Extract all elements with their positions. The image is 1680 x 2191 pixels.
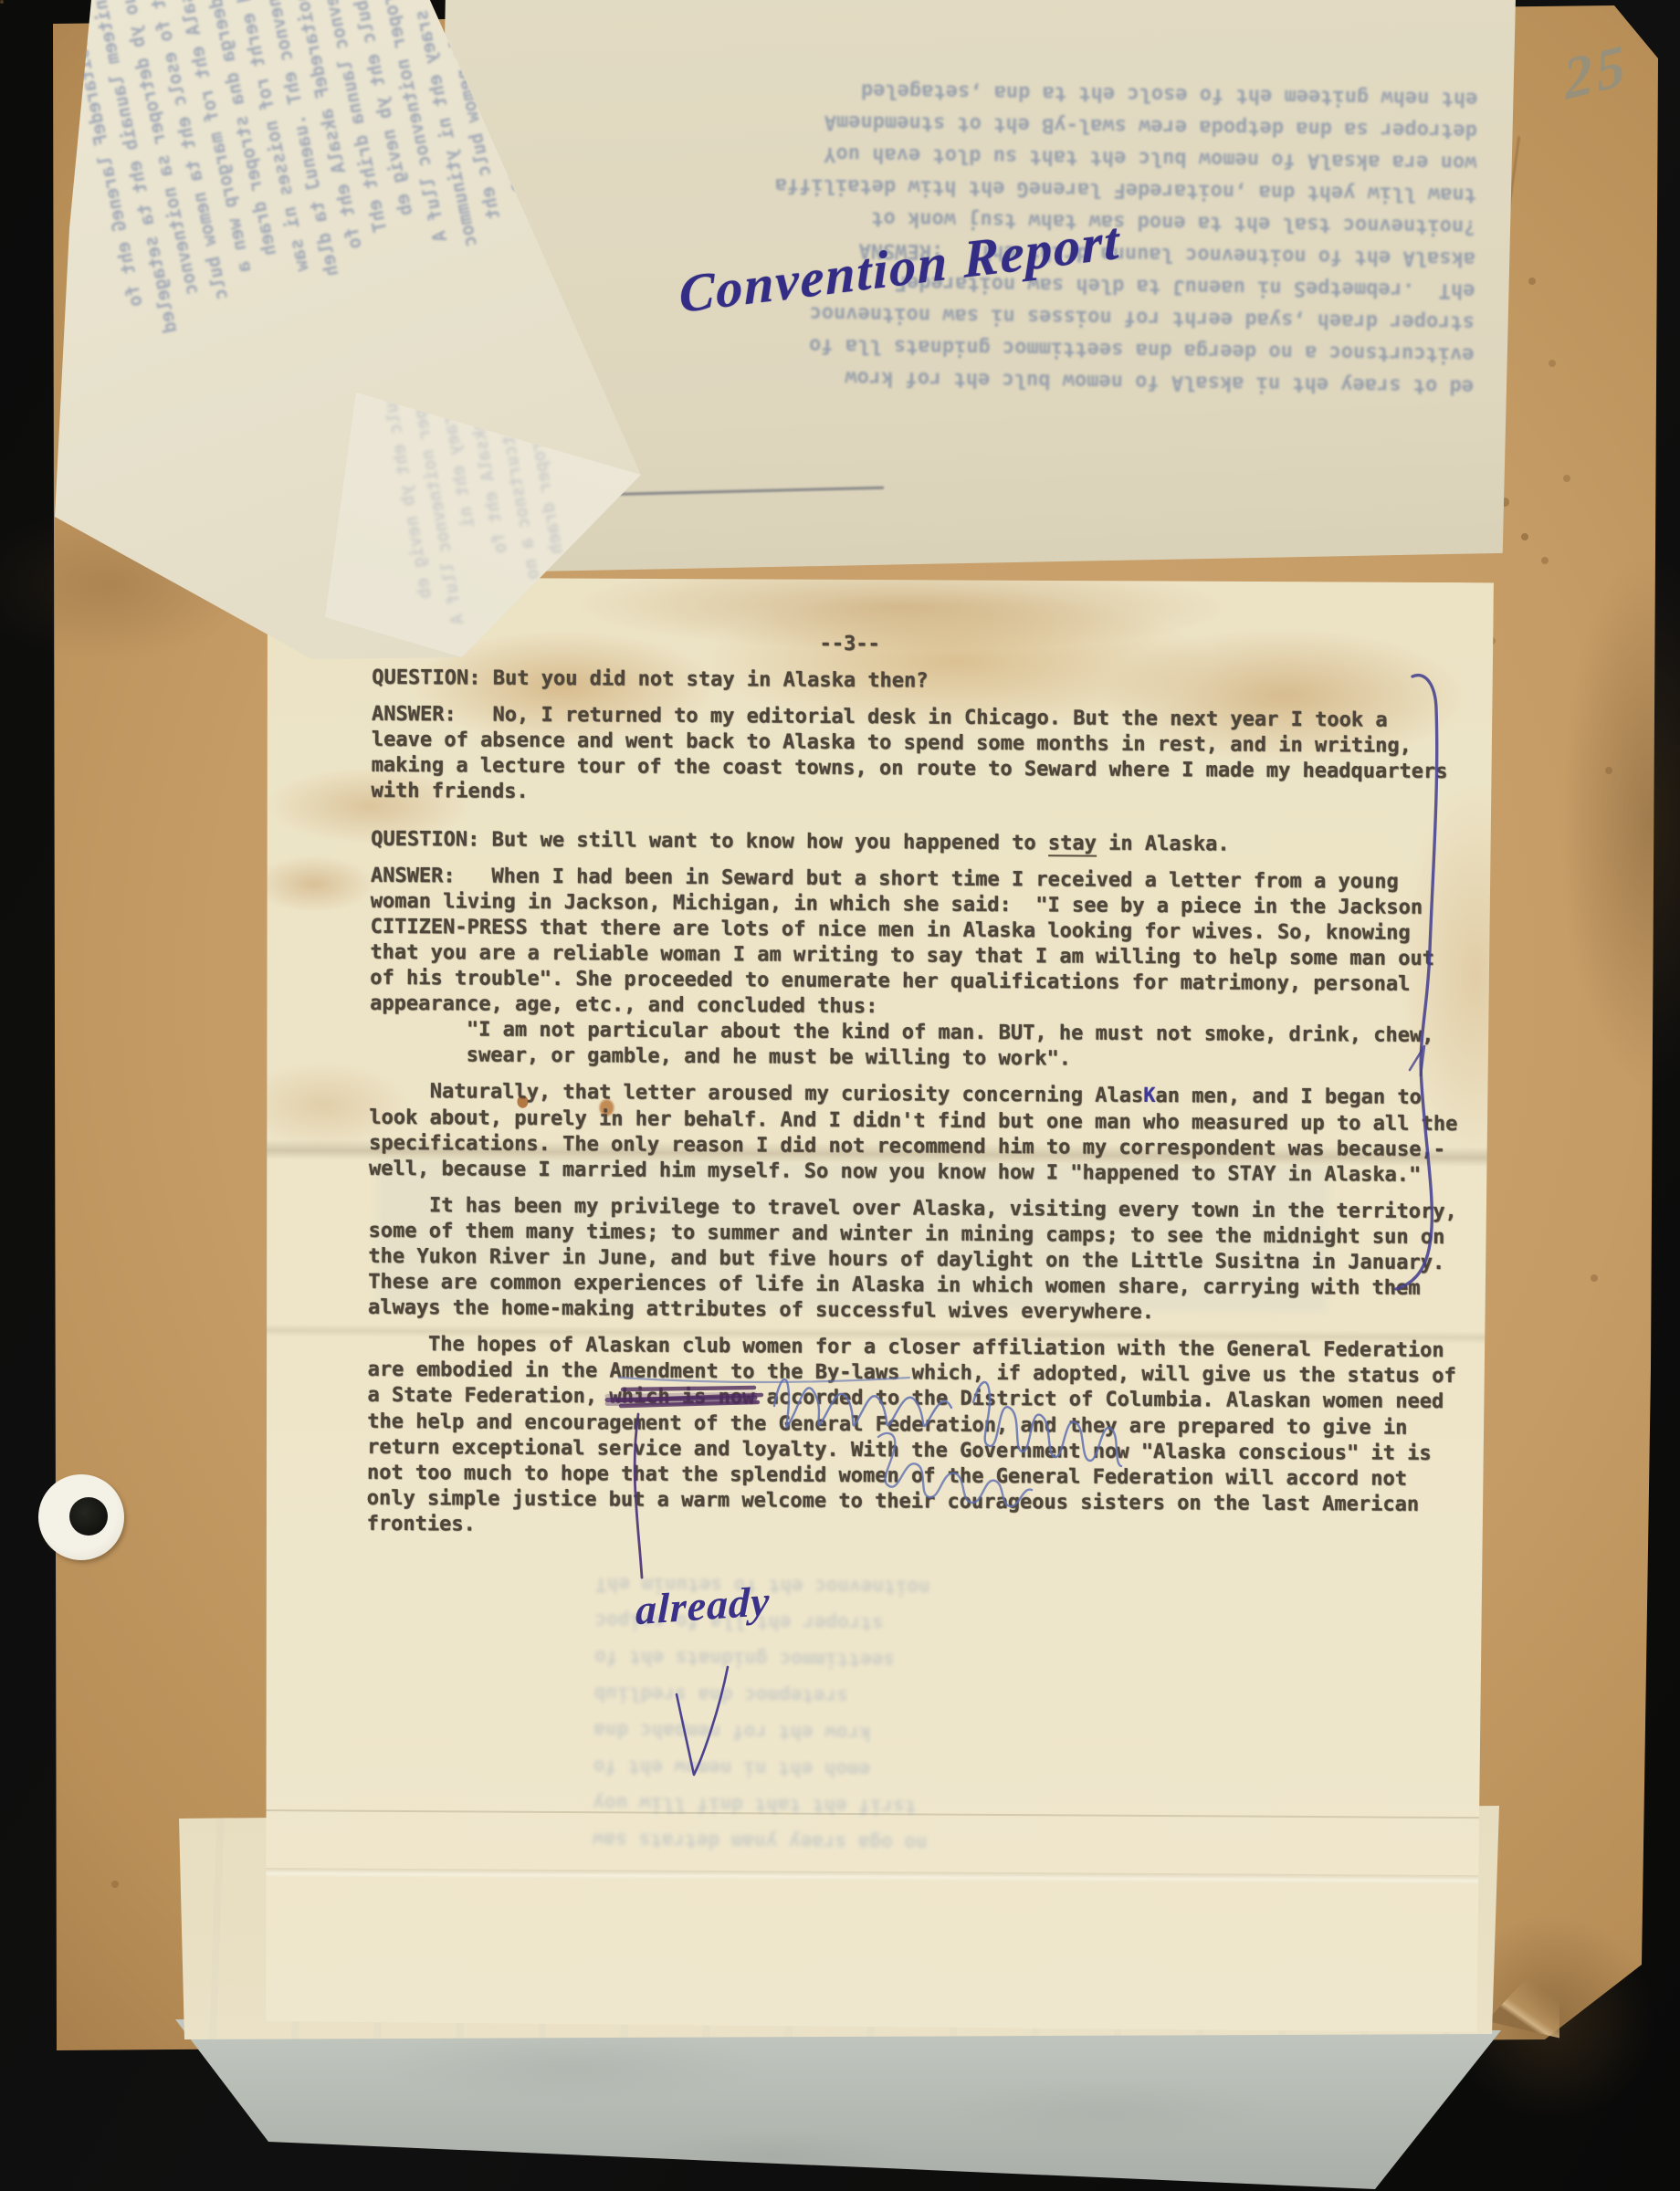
kraft-foxing-spots: [0, 0, 4, 4]
handwritten-insertion: already: [635, 1577, 771, 1634]
typed-text-block: --3--QUESTION: But you did not stay in A…: [367, 629, 1486, 1544]
tissue-mottle: [172, 2012, 1508, 2191]
grey-tissue-sheet: [172, 2012, 1508, 2191]
typed-interview-page: --3--QUESTION: But you did not stay in A…: [254, 575, 1497, 2036]
under-sheet-edge-line: [256, 1809, 1490, 1819]
punched-hole: [69, 1497, 108, 1536]
scrapbook-scan: 25 ed ot sraey eht ni aksalA fo nemow bu…: [0, 0, 1680, 2191]
crease-line: [255, 1868, 1489, 1884]
